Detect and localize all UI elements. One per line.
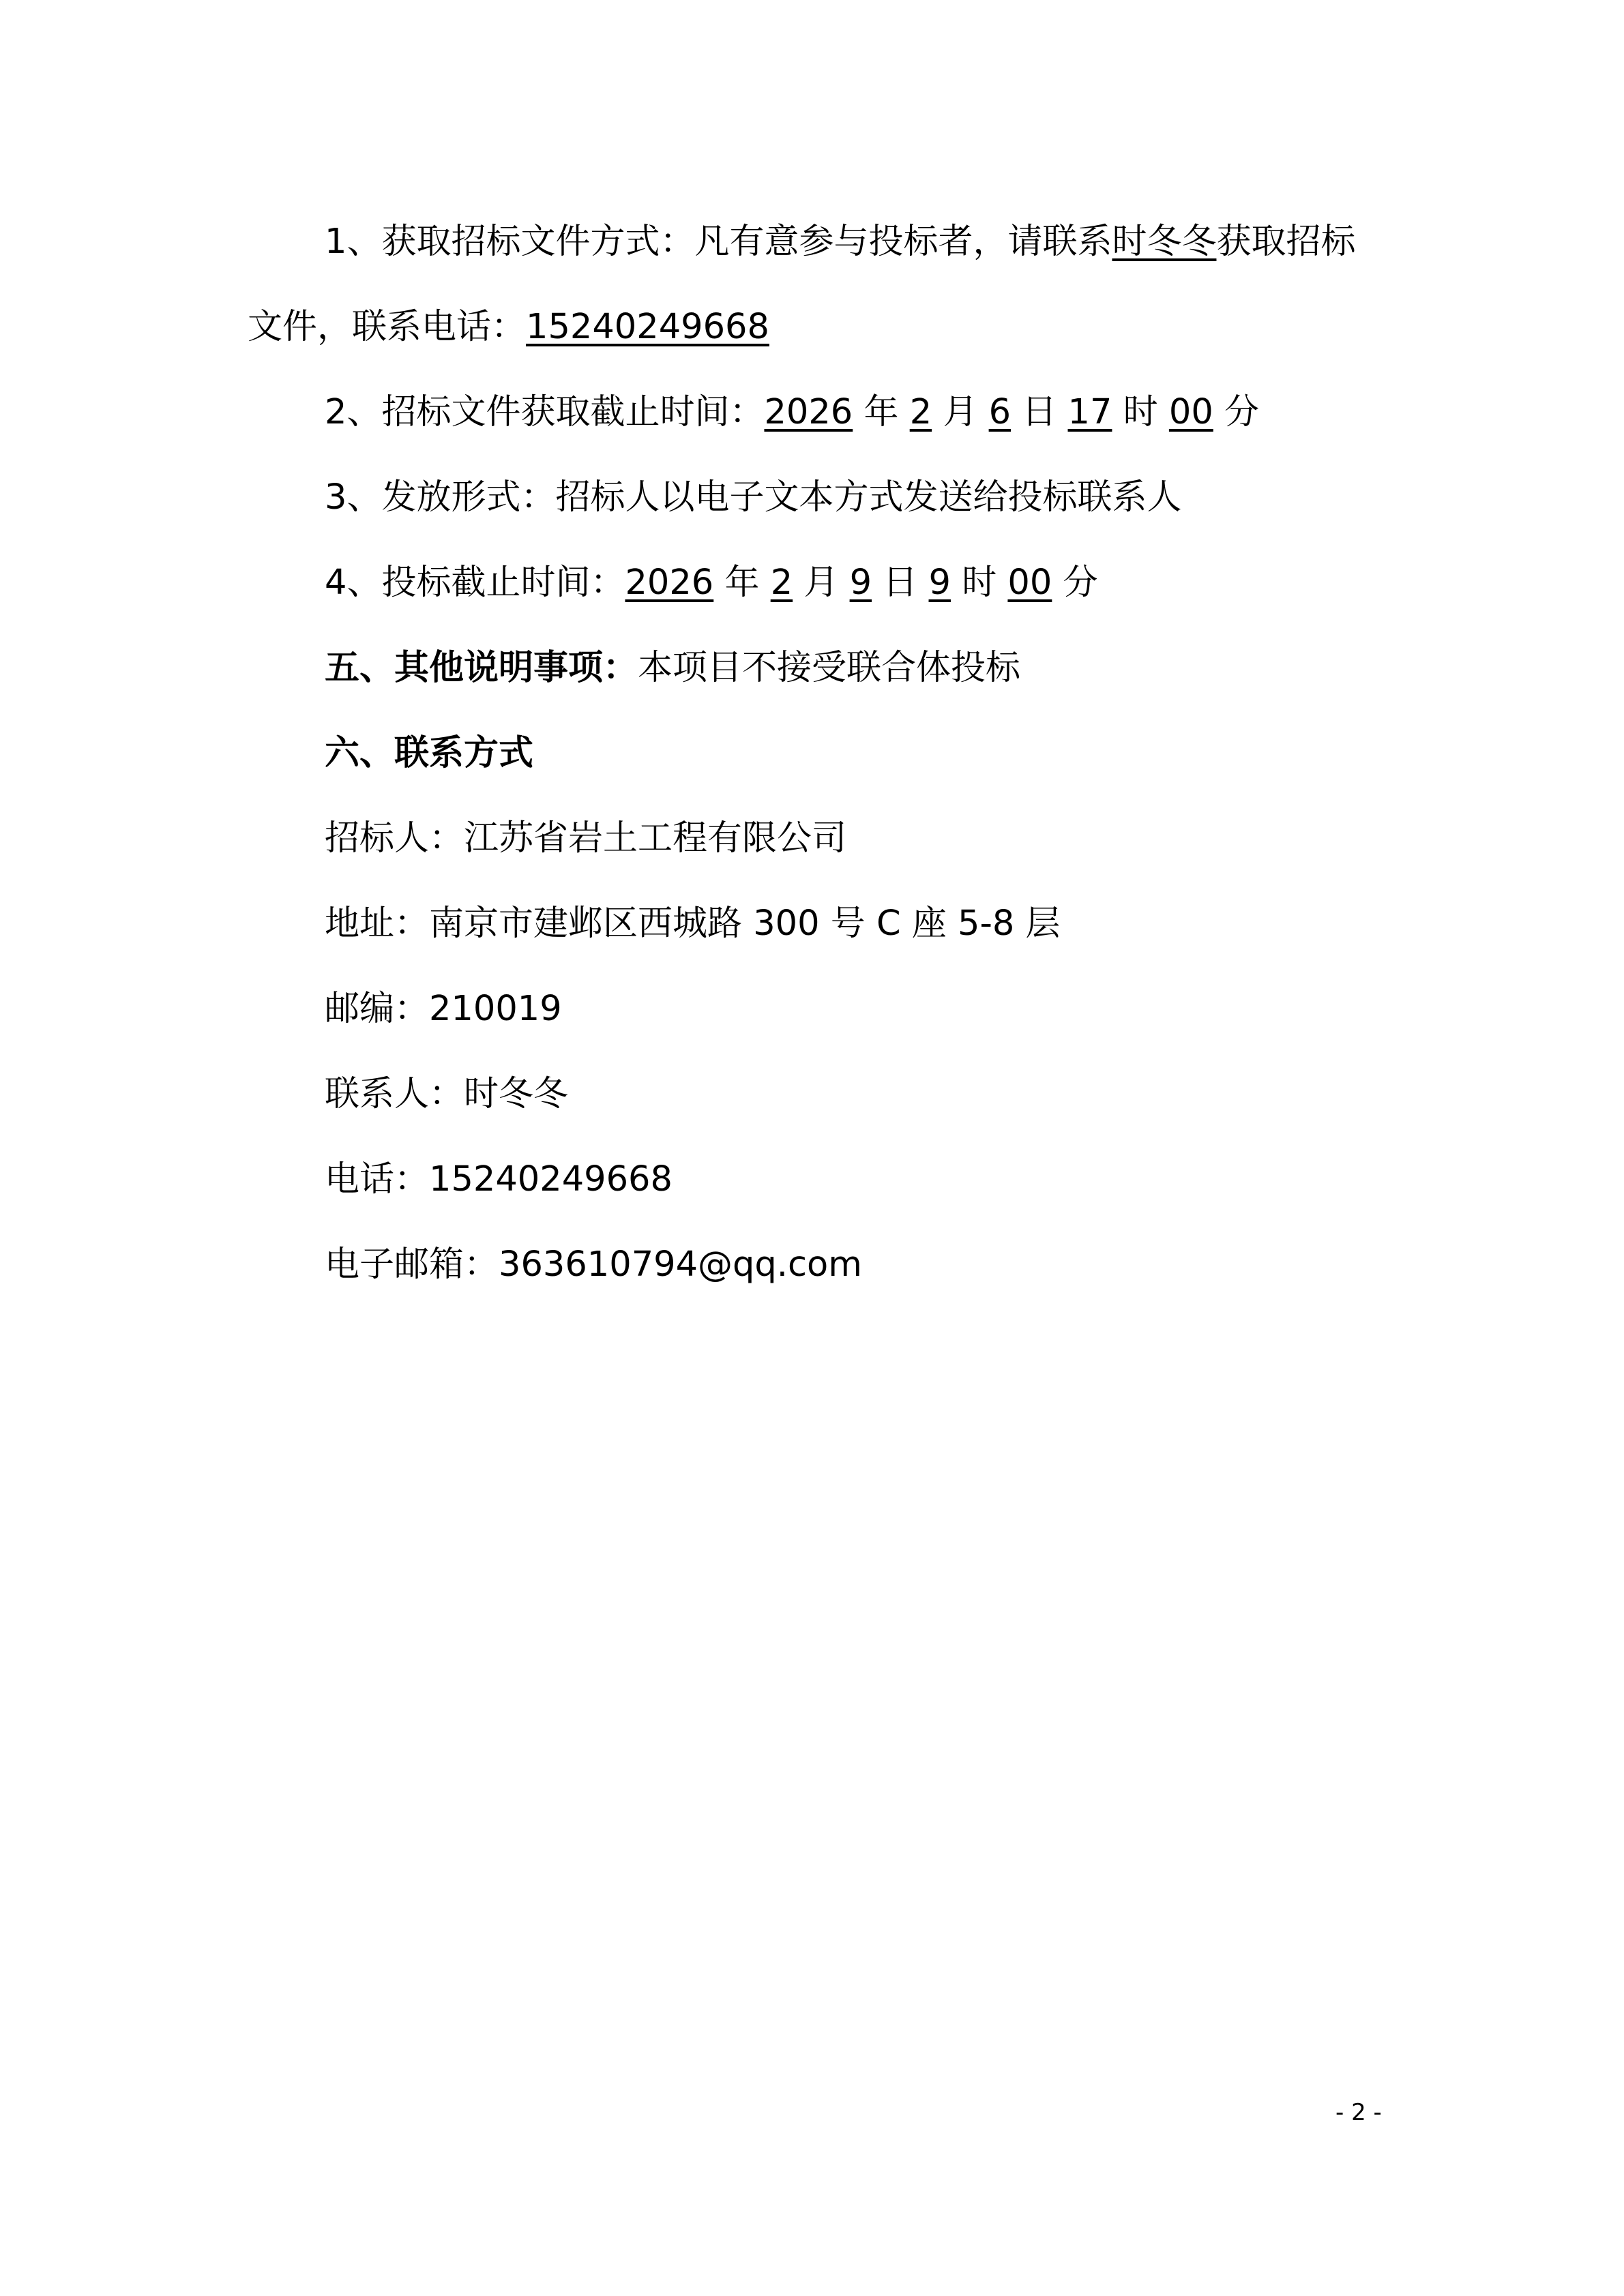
contact-label: 联系人：: [325, 1074, 464, 1114]
section-5-paragraph: 五、其他说明事项：本项目不接受联合体投标: [248, 625, 1380, 711]
item-4-month: 2: [771, 563, 793, 603]
item-4-day-unit: 日: [883, 563, 917, 603]
item-4-hour: 9: [929, 563, 951, 603]
contact-value: 时冬冬: [464, 1074, 568, 1114]
email-value: 363610794@qq.com: [499, 1244, 862, 1285]
tenderer-line: 招标人：江苏省岩土工程有限公司: [248, 796, 1380, 881]
item-4-year: 2026: [625, 563, 713, 603]
postcode-value: 210019: [429, 989, 562, 1029]
item-2-hour: 17: [1068, 392, 1112, 432]
item-2-label: 2、招标文件获取截止时间：: [325, 392, 764, 432]
item-1-phone: 15240249668: [526, 307, 769, 347]
item-4-paragraph: 4、投标截止时间：2026 年 2 月 9 日 9 时 00 分: [248, 540, 1380, 625]
item-4-month-unit: 月: [803, 563, 838, 603]
item-2-paragraph: 2、招标文件获取截止时间：2026 年 2 月 6 日 17 时 00 分: [248, 370, 1380, 455]
section-5-text: 本项目不接受联合体投标: [638, 648, 1020, 688]
phone-line: 电话：15240249668: [248, 1137, 1380, 1222]
item-2-day: 6: [989, 392, 1011, 432]
item-4-minute: 00: [1007, 563, 1052, 603]
item-4-minute-unit: 分: [1063, 563, 1098, 603]
address-line: 地址：南京市建邺区西城路 300 号 C 座 5-8 层: [248, 881, 1380, 966]
item-2-year-unit: 年: [863, 392, 898, 432]
item-4-day: 9: [850, 563, 872, 603]
email-line: 电子邮箱：363610794@qq.com: [248, 1222, 1380, 1307]
item-3-text: 3、发放形式：招标人以电子文本方式发送给投标联系人: [325, 477, 1181, 518]
phone-value: 15240249668: [429, 1159, 673, 1199]
item-1-prefix: 1、获取招标文件方式：凡有意参与投标者，请联系: [325, 222, 1112, 262]
postcode-line: 邮编：210019: [248, 966, 1380, 1052]
item-2-day-unit: 日: [1022, 392, 1057, 432]
section-5-heading: 五、其他说明事项：: [325, 648, 638, 688]
tenderer-value: 江苏省岩土工程有限公司: [464, 818, 846, 859]
address-label: 地址：: [325, 904, 429, 944]
item-3-paragraph: 3、发放形式：招标人以电子文本方式发送给投标联系人: [248, 455, 1380, 540]
item-2-month-unit: 月: [943, 392, 977, 432]
item-2-hour-unit: 时: [1123, 392, 1158, 432]
document-page: 1、获取招标文件方式：凡有意参与投标者，请联系时冬冬获取招标文件，联系电话：15…: [0, 0, 1624, 2296]
phone-label: 电话：: [325, 1159, 429, 1199]
page-number: - 2 -: [1335, 2099, 1382, 2126]
address-value: 南京市建邺区西城路 300 号 C 座 5-8 层: [429, 904, 1061, 944]
document-body: 1、获取招标文件方式：凡有意参与投标者，请联系时冬冬获取招标文件，联系电话：15…: [248, 199, 1380, 1307]
tenderer-label: 招标人：: [325, 818, 464, 859]
section-6-heading: 六、联系方式: [325, 733, 533, 773]
item-2-minute-unit: 分: [1224, 392, 1259, 432]
item-2-year: 2026: [764, 392, 853, 432]
postcode-label: 邮编：: [325, 989, 429, 1029]
item-1-contact-name: 时冬冬: [1112, 222, 1216, 262]
item-1-paragraph: 1、获取招标文件方式：凡有意参与投标者，请联系时冬冬获取招标文件，联系电话：15…: [248, 199, 1380, 370]
item-4-hour-unit: 时: [962, 563, 996, 603]
item-4-label: 4、投标截止时间：: [325, 563, 625, 603]
item-2-minute: 00: [1169, 392, 1213, 432]
email-label: 电子邮箱：: [325, 1244, 499, 1285]
contact-line: 联系人：时冬冬: [248, 1052, 1380, 1137]
item-4-year-unit: 年: [724, 563, 759, 603]
section-6-heading-paragraph: 六、联系方式: [248, 711, 1380, 796]
item-2-month: 2: [910, 392, 932, 432]
